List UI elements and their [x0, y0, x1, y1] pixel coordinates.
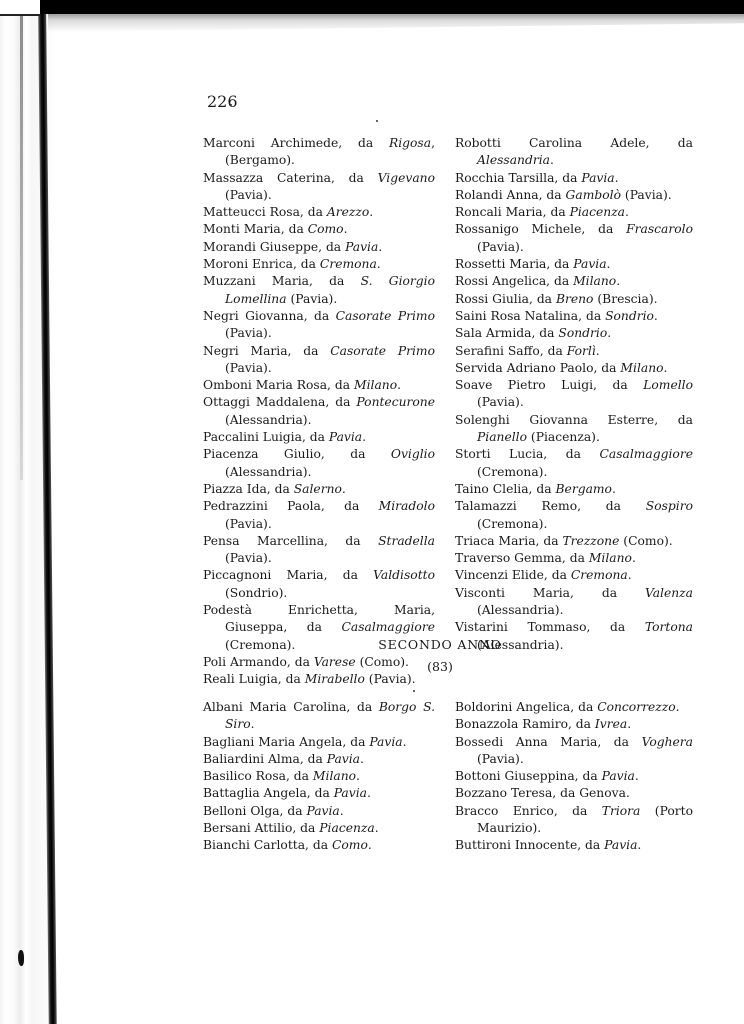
- list-item: Ottaggi Maddalena, da Pontecurone (Aless…: [203, 394, 435, 429]
- list-item: Serafini Saffo, da Forlì.: [455, 343, 693, 360]
- list-item: Vincenzi Elide, da Cremona.: [455, 567, 693, 584]
- list-item: Pedrazzini Paola, da Miradolo (Pavia).: [203, 498, 435, 533]
- list-item: Paccalini Luigia, da Pavia.: [203, 429, 435, 446]
- list-item: Soave Pietro Luigi, da Lomello (Pavia).: [455, 377, 693, 412]
- list-item: Servida Adriano Paolo, da Milano.: [455, 360, 693, 377]
- list-item: Bonazzola Ramiro, da Ivrea.: [455, 716, 693, 733]
- list-item: Rossi Giulia, da Breno (Brescia).: [455, 291, 693, 308]
- gutter-shadow: [20, 0, 23, 480]
- list-item: Rossanigo Michele, da Frascarolo (Pavia)…: [455, 221, 693, 256]
- list-item: Piacenza Giulio, da Oviglio (Alessandria…: [203, 446, 435, 481]
- list-item: Rocchia Tarsilla, da Pavia.: [455, 170, 693, 187]
- list-item: Matteucci Rosa, da Arezzo.: [203, 204, 435, 221]
- list-item: Solenghi Giovanna Esterre, da Pianello (…: [455, 412, 693, 447]
- list-item: Taino Clelia, da Bergamo.: [455, 481, 693, 498]
- scan-speck: [413, 690, 415, 692]
- list-item: Bagliani Maria Angela, da Pavia.: [203, 734, 435, 751]
- first-section-right-column: Robotti Carolina Adele, da Alessandria. …: [455, 135, 693, 654]
- list-item: Massazza Caterina, da Vigevano (Pavia).: [203, 170, 435, 205]
- second-section-right-column: Boldorini Angelica, da Concorrezzo. Bona…: [455, 699, 693, 855]
- list-item: Morandi Giuseppe, da Pavia.: [203, 239, 435, 256]
- list-item: Sala Armida, da Sondrio.: [455, 325, 693, 342]
- list-item: Albani Maria Carolina, da Borgo S. Siro.: [203, 699, 435, 734]
- first-section-left-column: Marconi Archimede, da Rigosa, (Bergamo).…: [203, 135, 435, 689]
- ink-blot: [18, 950, 24, 966]
- scan-corner: [0, 0, 40, 16]
- list-item: Pensa Marcellina, da Stradella (Pavia).: [203, 533, 435, 568]
- list-item: Bozzano Teresa, da Genova.: [455, 785, 693, 802]
- list-item: Bossedi Anna Maria, da Voghera (Pavia).: [455, 734, 693, 769]
- list-item: Buttironi Innocente, da Pavia.: [455, 837, 693, 854]
- section-count: (83): [340, 659, 540, 674]
- list-item: Rossi Angelica, da Milano.: [455, 273, 693, 290]
- scan-speck: [230, 104, 232, 106]
- section-heading: SECONDO ANNO: [340, 637, 540, 652]
- list-item: Omboni Maria Rosa, da Milano.: [203, 377, 435, 394]
- list-item: Boldorini Angelica, da Concorrezzo.: [455, 699, 693, 716]
- list-item: Marconi Archimede, da Rigosa, (Bergamo).: [203, 135, 435, 170]
- list-item: Bracco Enrico, da Triora (Porto Maurizio…: [455, 803, 693, 838]
- list-item: Bersani Attilio, da Piacenza.: [203, 820, 435, 837]
- list-item: Bianchi Carlotta, da Como.: [203, 837, 435, 854]
- list-item: Monti Maria, da Como.: [203, 221, 435, 238]
- list-item: Storti Lucia, da Casalmaggiore (Cremona)…: [455, 446, 693, 481]
- list-item: Bottoni Giuseppina, da Pavia.: [455, 768, 693, 785]
- list-item: Muzzani Maria, da S. Giorgio Lomellina (…: [203, 273, 435, 308]
- list-item: Robotti Carolina Adele, da Alessandria.: [455, 135, 693, 170]
- list-item: Piccagnoni Maria, da Valdisotto (Sondrio…: [203, 567, 435, 602]
- scan-speck: [376, 120, 378, 122]
- second-section-left-column: Albani Maria Carolina, da Borgo S. Siro.…: [203, 699, 435, 855]
- list-item: Saini Rosa Natalina, da Sondrio.: [455, 308, 693, 325]
- list-item: Roncali Maria, da Piacenza.: [455, 204, 693, 221]
- list-item: Rossetti Maria, da Pavia.: [455, 256, 693, 273]
- list-item: Moroni Enrica, da Cremona.: [203, 256, 435, 273]
- list-item: Baliardini Alma, da Pavia.: [203, 751, 435, 768]
- list-item: Negri Maria, da Casorate Primo (Pavia).: [203, 343, 435, 378]
- list-item: Battaglia Angela, da Pavia.: [203, 785, 435, 802]
- list-item: Talamazzi Remo, da Sospiro (Cremona).: [455, 498, 693, 533]
- list-item: Traverso Gemma, da Milano.: [455, 550, 693, 567]
- list-item: Rolandi Anna, da Gambolò (Pavia).: [455, 187, 693, 204]
- list-item: Negri Giovanna, da Casorate Primo (Pavia…: [203, 308, 435, 343]
- scan-top-noise: [48, 10, 744, 32]
- list-item: Triaca Maria, da Trezzone (Como).: [455, 533, 693, 550]
- list-item: Belloni Olga, da Pavia.: [203, 803, 435, 820]
- list-item: Piazza Ida, da Salerno.: [203, 481, 435, 498]
- page-number: 226: [207, 92, 238, 111]
- list-item: Basilico Rosa, da Milano.: [203, 768, 435, 785]
- list-item: Visconti Maria, da Valenza (Alessandria)…: [455, 585, 693, 620]
